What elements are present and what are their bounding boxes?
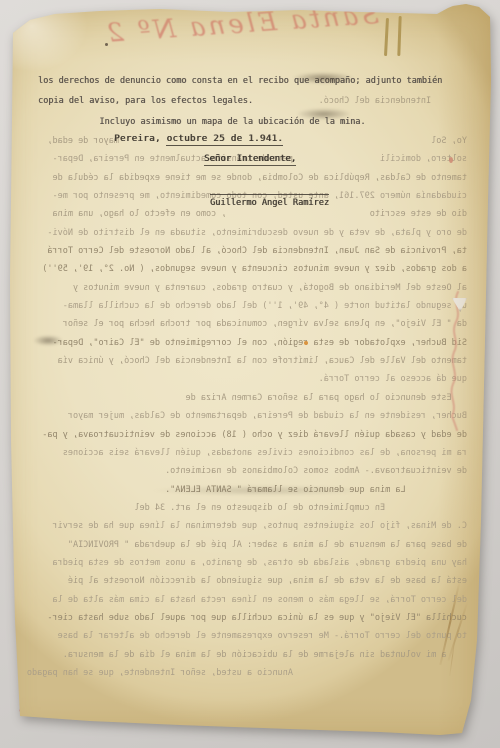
tally-stroke	[397, 16, 401, 56]
bleed-through-line: C. de Minas, fijo los siguientes puntos,…	[30, 517, 467, 535]
bleed-through-line: de edad y casada quién llevará diez y oc…	[30, 426, 467, 444]
red-handwriting-wrapper: Santa Elena Nº 2	[87, 0, 382, 72]
bleed-through-line: está la base de la veta de la mina, que …	[30, 572, 467, 590]
tally-mark	[383, 16, 403, 58]
ink-smudge	[33, 335, 63, 346]
red-speck	[449, 157, 453, 163]
paper-edge-shading	[0, 695, 500, 748]
worn-corner-highlight	[8, 6, 88, 72]
scan-background: { "colors": { "scan_background": "#d6d3d…	[0, 0, 500, 748]
stain-speck	[304, 341, 308, 345]
bleed-through-line: ta, Provincia de San Juan, Intendencia d…	[30, 242, 467, 260]
bleed-through-line: que dá acceso al cerro Torrá.	[30, 370, 467, 388]
date-city: Pereira,	[114, 133, 166, 144]
date-underlined: octubre 25 de 1.941.	[166, 133, 283, 146]
bleed-through-line: tamento de Caldas, República de Colombia…	[30, 169, 467, 187]
red-squiggle-icon	[444, 290, 470, 432]
bleed-through-line: dio de este escrito , como en efecto lo …	[30, 205, 467, 223]
bleed-through-line: da " El Viejo", en plena selva vírgen, c…	[30, 315, 467, 333]
ink-speck	[105, 43, 108, 46]
bleed-through-line: Este denuncio lo hago para la señora Car…	[30, 389, 467, 407]
bleed-through-text: Yo, Sol mayor de edad,soltero, domicili …	[30, 132, 467, 682]
bleed-through-line: a mi voluntad sin alejarme de la ubicaci…	[30, 646, 467, 664]
salutation-line: Señor Intendente,	[204, 154, 296, 166]
bleed-through-line: de veinticuatroava.- Ambos somos Colombi…	[30, 462, 467, 480]
bleed-through-line: a dos grados, diez y nueve minutos cincu…	[30, 260, 467, 278]
bleed-through-line: hay una piedra grande, aislada de otras,…	[30, 554, 467, 572]
tally-stroke	[384, 18, 389, 56]
bleed-through-line: del cerro Torrá, se llega más o menos en…	[30, 591, 467, 609]
date-line: Pereira, octubre 25 de 1.941.	[114, 133, 283, 144]
bleed-through-line: ra mi persona, de las condiciones civile…	[30, 444, 467, 462]
bleed-through-line: al Oeste del Meridiano de Bogotá, y cuat…	[30, 279, 467, 297]
bleed-through-line: Anuncio a usted, señor Intendente, que s…	[30, 664, 467, 682]
bleed-through-line: de oro y plata, de veta y de nuevo descu…	[30, 224, 467, 242]
bleed-through-line: Sid Bucher, explotador de esta región, c…	[30, 334, 467, 352]
red-margin-script-mark	[444, 290, 470, 432]
signature-block: Guillermo Angel Ramírez	[210, 194, 329, 208]
bleed-through-line: de base para la mensura de la mina a sab…	[30, 536, 467, 554]
ink-smudge	[296, 108, 352, 120]
red-title-handwriting: Santa Elena Nº 2	[87, 0, 382, 72]
bleed-through-line: to punto del cerro Torrá.- Me reservo ex…	[30, 627, 467, 645]
document-page-wrapper: Intendencia del Chocó. Yo, Sol mayor de …	[0, 0, 500, 748]
typed-line: copia del aviso, para los efectos legale…	[38, 91, 442, 111]
ink-smudge	[292, 72, 354, 84]
typed-paragraph: los derechos de denuncio como consta en …	[38, 71, 442, 132]
bleed-through-line: En cumplimiento de lo dispuesto en el ar…	[30, 499, 467, 517]
typed-line: los derechos de denuncio como consta en …	[38, 71, 442, 91]
typed-line: Incluyo asimismo un mapa de la ubicación…	[38, 112, 442, 132]
bleed-through-line: un segundo latitud norte ( 4°, 49', 1'')…	[30, 297, 467, 315]
bleed-through-line: Bucher, residente en la ciudad de Pereir…	[30, 407, 467, 425]
bleed-through-line: cuchilla "El Viejo" y que es la única cu…	[30, 609, 467, 627]
red-speck	[17, 709, 20, 712]
ink-smudge	[150, 485, 370, 496]
bleed-through-line: tamento del Valle del Cauca, limítrofe c…	[30, 352, 467, 370]
signature-name: Guillermo Angel Ramírez	[210, 198, 329, 208]
document-page: Intendencia del Chocó. Yo, Sol mayor de …	[0, 0, 500, 748]
